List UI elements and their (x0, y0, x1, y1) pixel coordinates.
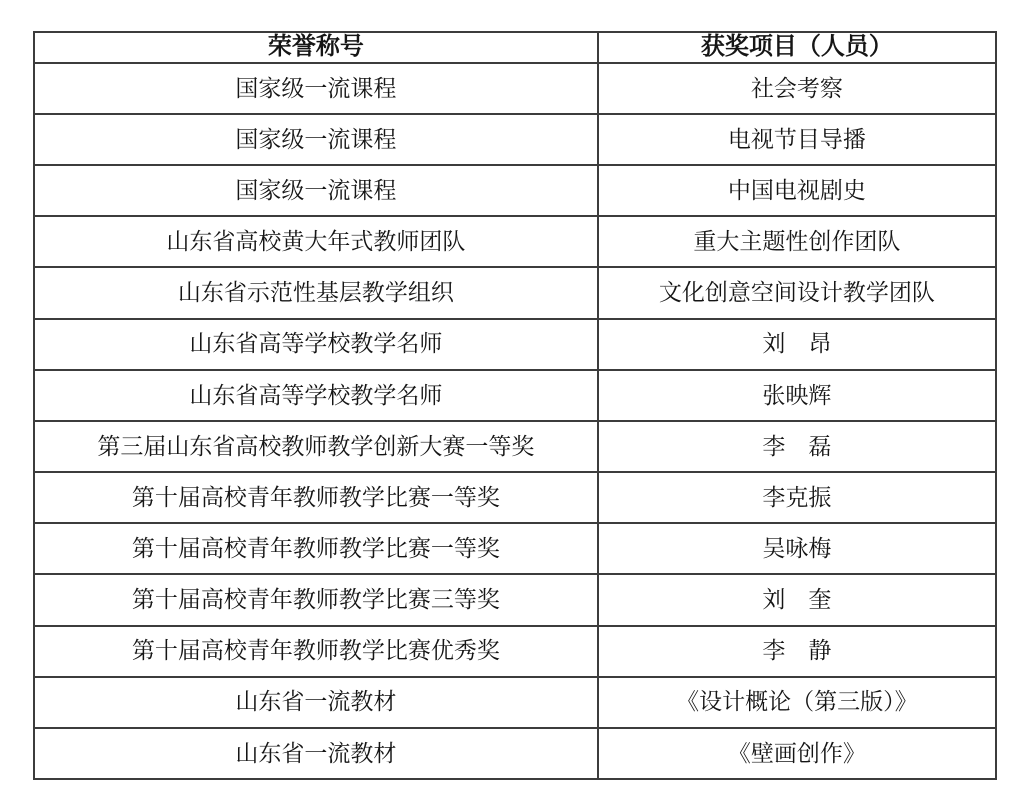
table-row: 第十届高校青年教师教学比赛优秀奖 李 静 (34, 626, 996, 677)
table-row: 山东省高等学校教学名师 张映辉 (34, 370, 996, 421)
table-row: 山东省一流教材 《设计概论（第三版）》 (34, 677, 996, 728)
table-row: 山东省示范性基层教学组织 文化创意空间设计教学团队 (34, 267, 996, 318)
honor-cell: 第十届高校青年教师教学比赛一等奖 (34, 472, 598, 523)
project-cell: 社会考察 (598, 63, 996, 114)
project-cell: 刘 奎 (598, 574, 996, 625)
table-row: 国家级一流课程 中国电视剧史 (34, 165, 996, 216)
table-row: 国家级一流课程 社会考察 (34, 63, 996, 114)
honor-cell: 国家级一流课程 (34, 114, 598, 165)
honor-cell: 第十届高校青年教师教学比赛优秀奖 (34, 626, 598, 677)
project-cell: 《设计概论（第三版）》 (598, 677, 996, 728)
project-cell: 吴咏梅 (598, 523, 996, 574)
project-cell: 中国电视剧史 (598, 165, 996, 216)
honor-cell: 山东省一流教材 (34, 728, 598, 779)
project-cell: 《壁画创作》 (598, 728, 996, 779)
project-cell: 重大主题性创作团队 (598, 216, 996, 267)
project-cell: 李 磊 (598, 421, 996, 472)
honor-cell: 第三届山东省高校教师教学创新大赛一等奖 (34, 421, 598, 472)
honor-cell: 第十届高校青年教师教学比赛三等奖 (34, 574, 598, 625)
honor-cell: 国家级一流课程 (34, 63, 598, 114)
honor-cell: 山东省高等学校教学名师 (34, 319, 598, 370)
honor-cell: 第十届高校青年教师教学比赛一等奖 (34, 523, 598, 574)
table-row: 第三届山东省高校教师教学创新大赛一等奖 李 磊 (34, 421, 996, 472)
project-cell: 文化创意空间设计教学团队 (598, 267, 996, 318)
project-column-header: 获奖项目（人员） (598, 32, 996, 63)
table-row: 第十届高校青年教师教学比赛三等奖 刘 奎 (34, 574, 996, 625)
honor-cell: 国家级一流课程 (34, 165, 598, 216)
table-header-row: 荣誉称号 获奖项目（人员） (34, 32, 996, 63)
table-row: 山东省高等学校教学名师 刘 昂 (34, 319, 996, 370)
table-row: 第十届高校青年教师教学比赛一等奖 李克振 (34, 472, 996, 523)
project-cell: 李克振 (598, 472, 996, 523)
honor-cell: 山东省一流教材 (34, 677, 598, 728)
project-cell: 张映辉 (598, 370, 996, 421)
honor-cell: 山东省高等学校教学名师 (34, 370, 598, 421)
honor-column-header: 荣誉称号 (34, 32, 598, 63)
honor-cell: 山东省示范性基层教学组织 (34, 267, 598, 318)
project-cell: 电视节目导播 (598, 114, 996, 165)
table-row: 第十届高校青年教师教学比赛一等奖 吴咏梅 (34, 523, 996, 574)
table-row: 国家级一流课程 电视节目导播 (34, 114, 996, 165)
honor-cell: 山东省高校黄大年式教师团队 (34, 216, 598, 267)
project-cell: 李 静 (598, 626, 996, 677)
project-cell: 刘 昂 (598, 319, 996, 370)
table-row: 山东省一流教材 《壁画创作》 (34, 728, 996, 779)
table-row: 山东省高校黄大年式教师团队 重大主题性创作团队 (34, 216, 996, 267)
awards-table: 荣誉称号 获奖项目（人员） 国家级一流课程 社会考察 国家级一流课程 电视节目导… (33, 31, 997, 780)
